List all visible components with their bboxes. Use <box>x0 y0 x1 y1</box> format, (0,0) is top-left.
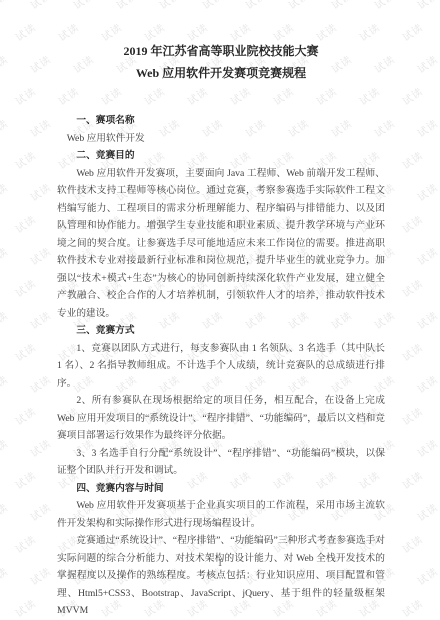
watermark-text: 试读 <box>27 371 54 396</box>
watermark-text: 试读 <box>414 115 440 140</box>
watermark-text: 试读 <box>0 307 10 332</box>
sections-container: 一、赛项名称Web 应用软件开发二、竞赛目的Web 应用软件开发赛项，主要面向 … <box>57 112 385 620</box>
watermark-text: 试读 <box>285 0 312 12</box>
watermark-text: 试读 <box>12 83 39 108</box>
section-heading: 四、竞赛内容与时间 <box>57 480 385 498</box>
section-heading: 三、竞赛方式 <box>57 322 385 340</box>
watermark-text: 试读 <box>27 243 54 268</box>
watermark-text: 试读 <box>0 499 10 524</box>
watermark-text: 试读 <box>399 595 426 620</box>
watermark-text: 试读 <box>12 211 39 236</box>
watermark-text: 试读 <box>399 467 426 492</box>
section-heading: 一、赛项名称 <box>57 112 385 130</box>
watermark-text: 试读 <box>12 403 39 428</box>
paragraph: 竞赛通过“系统设计”、“程序排错”、“功能编码”三种形式考查参赛选手对实际问题的… <box>57 532 385 620</box>
watermark-text: 试读 <box>12 19 39 44</box>
watermark-text: 试读 <box>0 435 10 460</box>
watermark-text: 试读 <box>399 403 426 428</box>
document-title: 2019 年江苏省高等职业院校技能大赛 Web 应用软件开发赛项竞赛规程 <box>57 40 385 84</box>
watermark-text: 试读 <box>414 243 440 268</box>
watermark-text: 试读 <box>399 147 426 172</box>
watermark-text: 试读 <box>399 83 426 108</box>
watermark-text: 试读 <box>414 435 440 460</box>
watermark-text: 试读 <box>0 371 10 396</box>
watermark-text: 试读 <box>27 307 54 332</box>
watermark-text: 试读 <box>27 435 54 460</box>
watermark-text: 试读 <box>414 499 440 524</box>
watermark-text: 试读 <box>399 275 426 300</box>
watermark-text: 试读 <box>12 275 39 300</box>
title-line-2: Web 应用软件开发赛项竞赛规程 <box>57 62 385 84</box>
paragraph: 2、所有参赛队在现场根据给定的项目任务，相互配合，在设备上完成 Web 应用开发… <box>57 392 385 445</box>
watermark-text: 试读 <box>414 179 440 204</box>
watermark-text: 试读 <box>0 179 10 204</box>
watermark-text: 试读 <box>27 115 54 140</box>
watermark-text: 试读 <box>328 0 355 12</box>
watermark-text: 试读 <box>27 0 54 12</box>
watermark-text: 试读 <box>113 0 140 12</box>
watermark-text: 试读 <box>399 19 426 44</box>
paragraph: Web 应用软件开发赛项，主要面向 Java 工程师、Web 前端开发工程师、软… <box>57 165 385 323</box>
watermark-text: 试读 <box>414 307 440 332</box>
watermark-text: 试读 <box>12 339 39 364</box>
watermark-text: 试读 <box>12 595 39 620</box>
watermark-text: 试读 <box>399 211 426 236</box>
watermark-text: 试读 <box>27 51 54 76</box>
paragraph: Web 应用软件开发 <box>57 130 385 148</box>
watermark-text: 试读 <box>27 499 54 524</box>
watermark-text: 试读 <box>70 0 97 12</box>
watermark-text: 试读 <box>156 0 183 12</box>
watermark-text: 试读 <box>0 51 10 76</box>
watermark-text: 试读 <box>12 147 39 172</box>
page-number: 1 <box>0 558 440 568</box>
watermark-text: 试读 <box>12 467 39 492</box>
watermark-text: 试读 <box>242 0 269 12</box>
paragraph: Web 应用软件开发赛项基于企业真实项目的工作流程，采用市场主流软件开发架构和实… <box>57 497 385 532</box>
watermark-text: 试读 <box>0 243 10 268</box>
watermark-text: 试读 <box>371 0 398 12</box>
document-content: 2019 年江苏省高等职业院校技能大赛 Web 应用软件开发赛项竞赛规程 一、赛… <box>57 40 385 620</box>
watermark-text: 试读 <box>399 339 426 364</box>
watermark-text: 试读 <box>0 0 10 12</box>
watermark-text: 试读 <box>0 115 10 140</box>
title-line-1: 2019 年江苏省高等职业院校技能大赛 <box>57 40 385 62</box>
paragraph: 3、3 名选手自行分配“系统设计”、“程序排错”、“功能编码”模块，以保证整个团… <box>57 445 385 480</box>
document-page: 试读试读试读试读试读试读试读试读试读试读试读试读试读试读试读试读试读试读试读试读… <box>0 0 440 620</box>
watermark-text: 试读 <box>27 179 54 204</box>
watermark-text: 试读 <box>199 0 226 12</box>
watermark-text: 试读 <box>399 531 426 556</box>
section-heading: 二、竞赛目的 <box>57 147 385 165</box>
watermark-text: 试读 <box>414 371 440 396</box>
watermark-text: 试读 <box>12 531 39 556</box>
paragraph: 1、竞赛以团队方式进行，每支参赛队由 1 名领队、3 名选手（其中队长 1 名）… <box>57 340 385 393</box>
watermark-text: 试读 <box>414 0 440 12</box>
watermark-text: 试读 <box>414 51 440 76</box>
